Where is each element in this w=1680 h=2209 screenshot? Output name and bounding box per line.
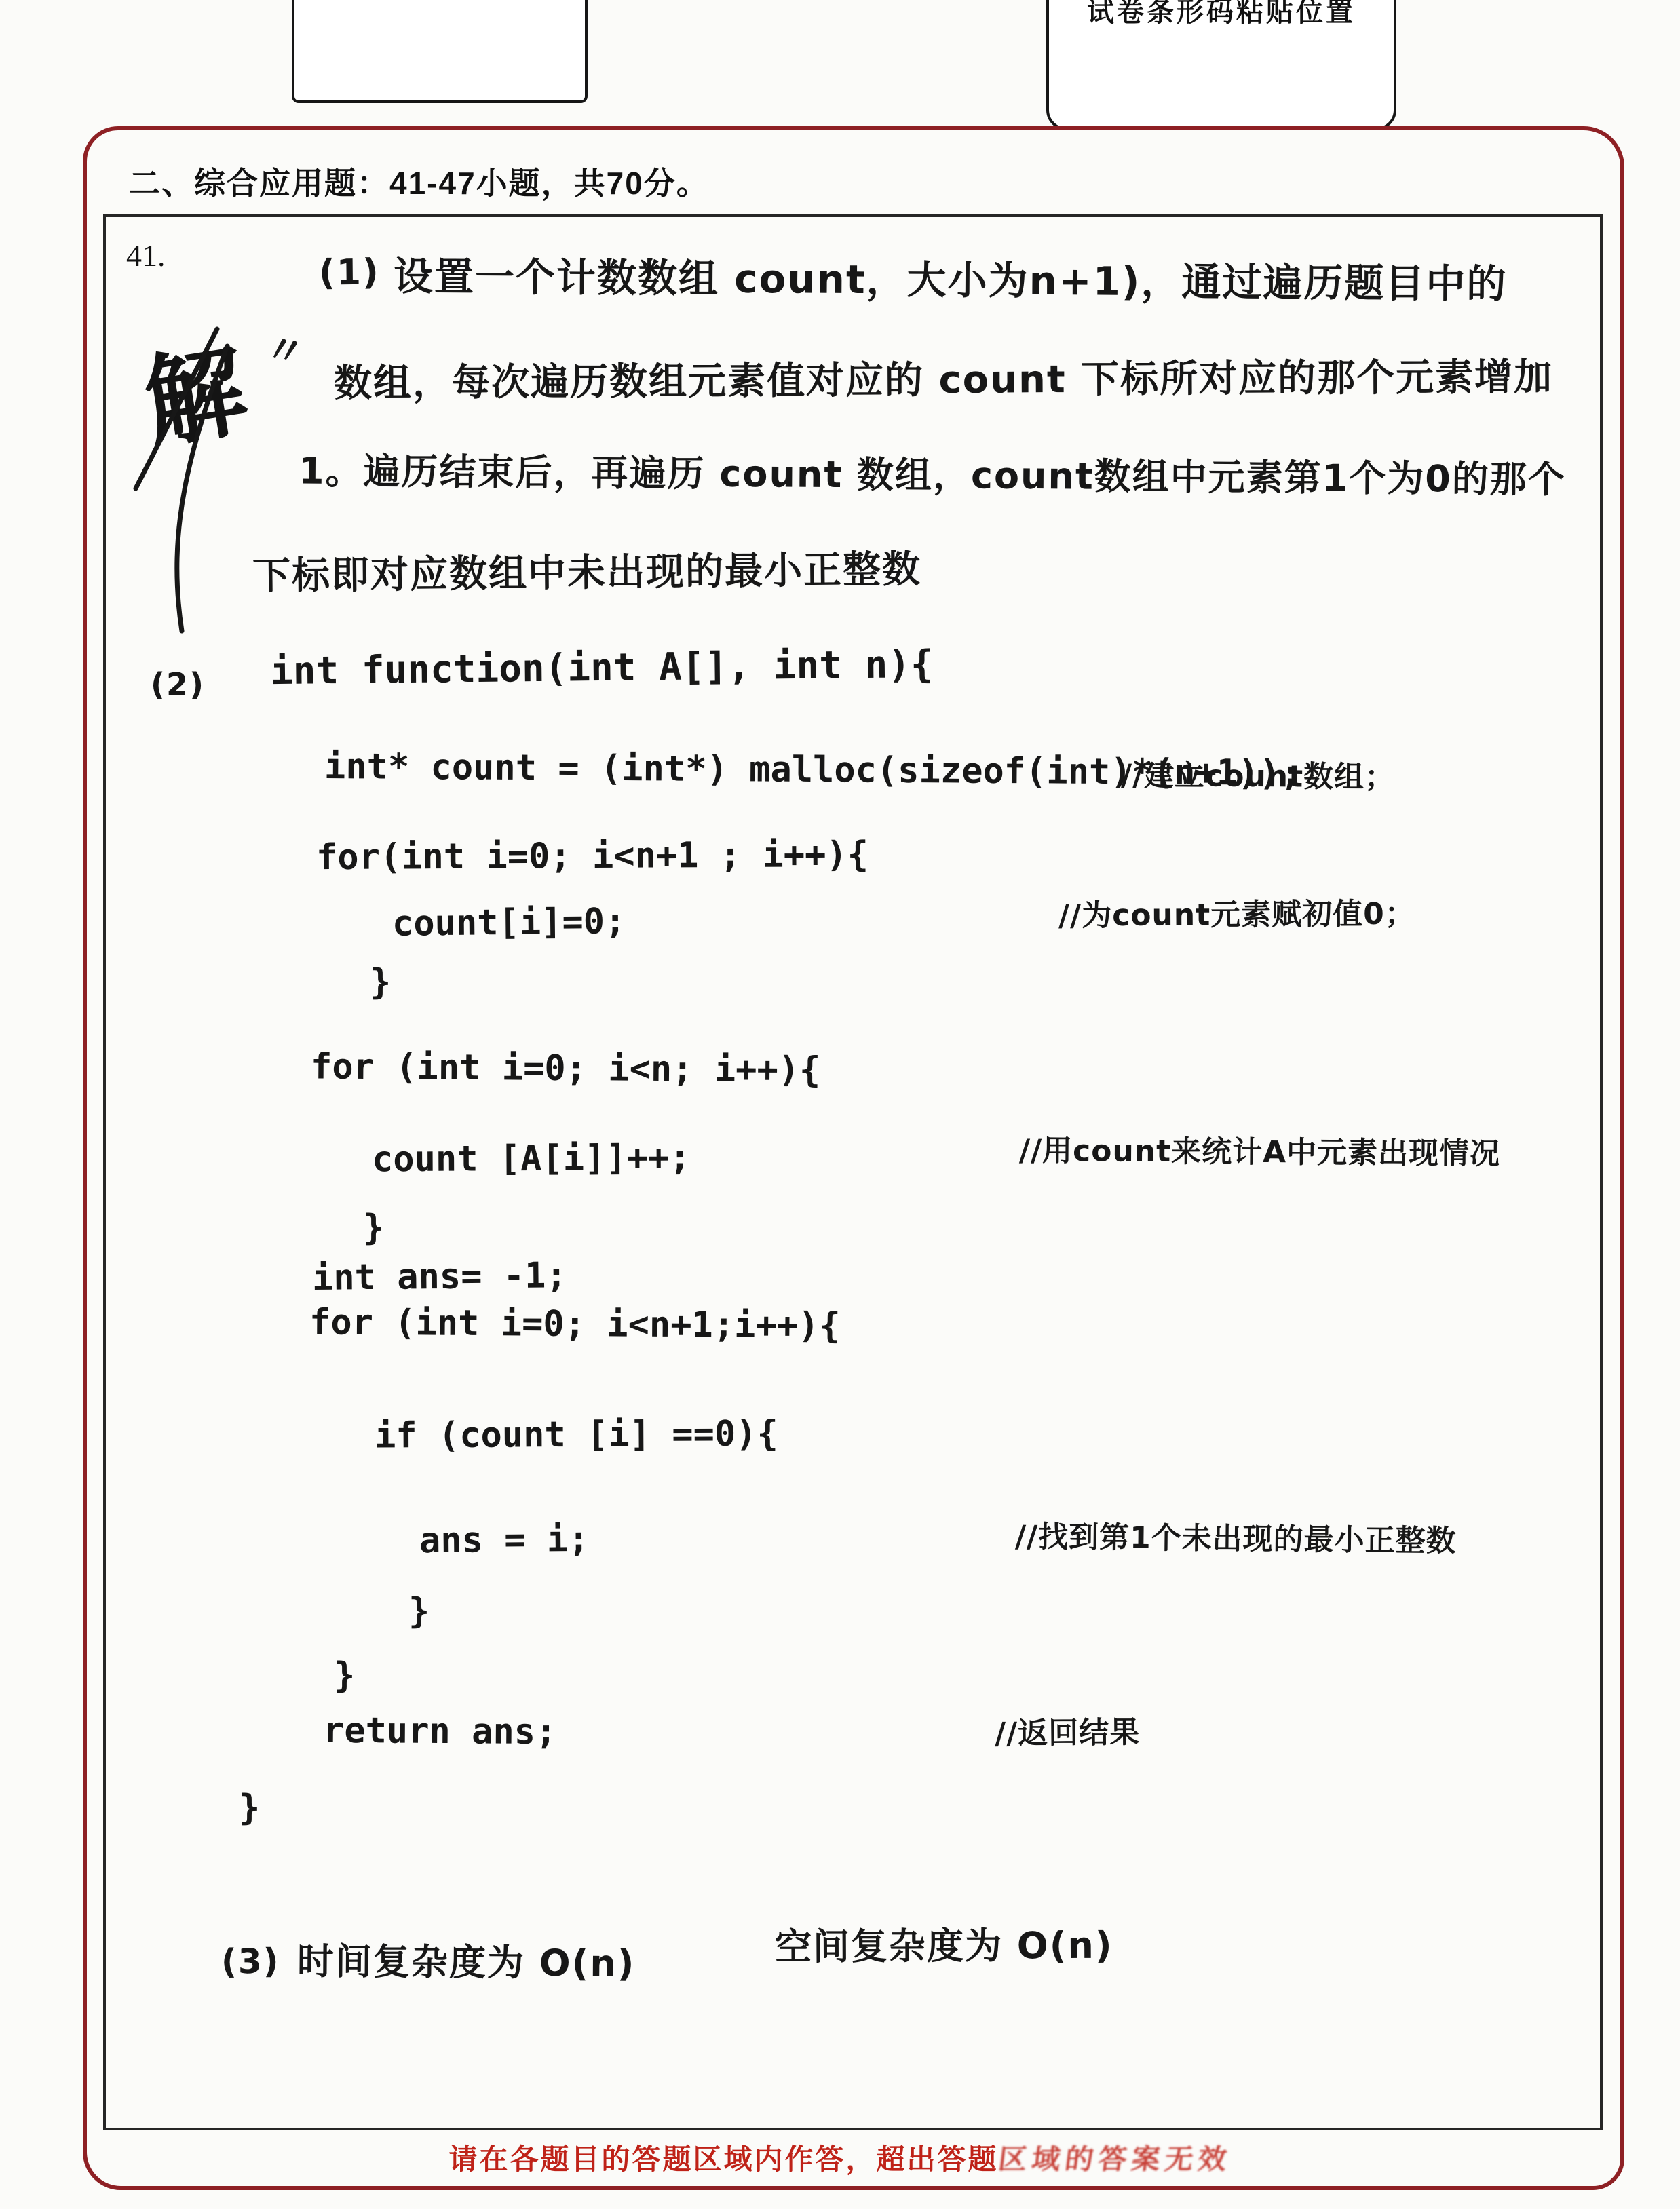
footer-notice-degraded-text: 区域的答案无效: [996, 2138, 1234, 2177]
solution-brace-stroke: [115, 292, 292, 658]
code-line: int function(int A[], int n){: [270, 642, 934, 693]
part3-label: (3): [221, 1942, 280, 1982]
code-line: }: [408, 1591, 429, 1632]
part1-label: (1): [319, 252, 380, 294]
footer-notice: 请在各题目的答题区域内作答，超出答题区域的答案无效: [0, 2137, 1680, 2178]
part2-label: (2): [151, 666, 205, 703]
code-comment: //为count元素赋初值0；: [1058, 889, 1415, 935]
code-comment: //建立count数组；: [1121, 751, 1396, 796]
code-line: return ans;: [323, 1710, 557, 1752]
code-line: }: [239, 1788, 260, 1828]
code-line: for(int i=0; i<n+1 ; i++){: [316, 834, 868, 878]
code-line: }: [370, 962, 391, 1003]
code-comment: //用count来统计A中元素出现情况: [1019, 1126, 1501, 1173]
barcode-paste-box: 试卷条形码粘贴位置: [1046, 0, 1396, 130]
top-left-box: [292, 0, 588, 103]
code-line: if (count [i] ==0){: [375, 1413, 778, 1456]
code-line: count [A[i]]++;: [372, 1138, 691, 1180]
barcode-paste-label: 试卷条形码粘贴位置: [1049, 0, 1394, 29]
code-line: }: [363, 1208, 384, 1248]
code-line: int ans= -1;: [312, 1255, 567, 1299]
answer-line: 下标即对应数组中未出现的最小正整数: [252, 539, 922, 600]
answer-line: 数组，每次遍历数组元素值对应的 count 下标所对应的那个元素增加: [334, 347, 1554, 407]
answer-line: 设置一个计数数组 count，大小为n+1)，通过遍历题目中的: [394, 244, 1508, 309]
answer-line: 1。遍历结束后，再遍历 count 数组，count数组中元素第1个为0的那个: [299, 442, 1566, 503]
part3-space-complexity: 空间复杂度为 O(n): [775, 1917, 1113, 1971]
answer-area-border: [103, 214, 1603, 2130]
code-line: }: [334, 1655, 355, 1696]
code-comment: //找到第1个未出现的最小正整数: [1015, 1512, 1457, 1560]
code-comment: //返回结果: [995, 1708, 1141, 1752]
question-number: 41.: [126, 237, 166, 273]
footer-notice-text: 请在各题目的答题区域内作答，超出答题: [448, 2143, 998, 2175]
part3-time-complexity: 时间复杂度为 O(n): [297, 1932, 636, 1986]
code-line: ans = i;: [419, 1519, 590, 1562]
section-header: 二、综合应用题：41-47小题，共70分。: [129, 159, 709, 204]
code-line: for (int i=0; i<n; i++){: [311, 1046, 821, 1090]
scanned-answer-sheet: 试卷条形码粘贴位置 二、综合应用题：41-47小题，共70分。 41. 解 〃 …: [0, 0, 1680, 2209]
code-line: count[i]=0;: [392, 901, 626, 944]
code-line: for (int i=0; i<n+1;i++){: [309, 1302, 841, 1346]
